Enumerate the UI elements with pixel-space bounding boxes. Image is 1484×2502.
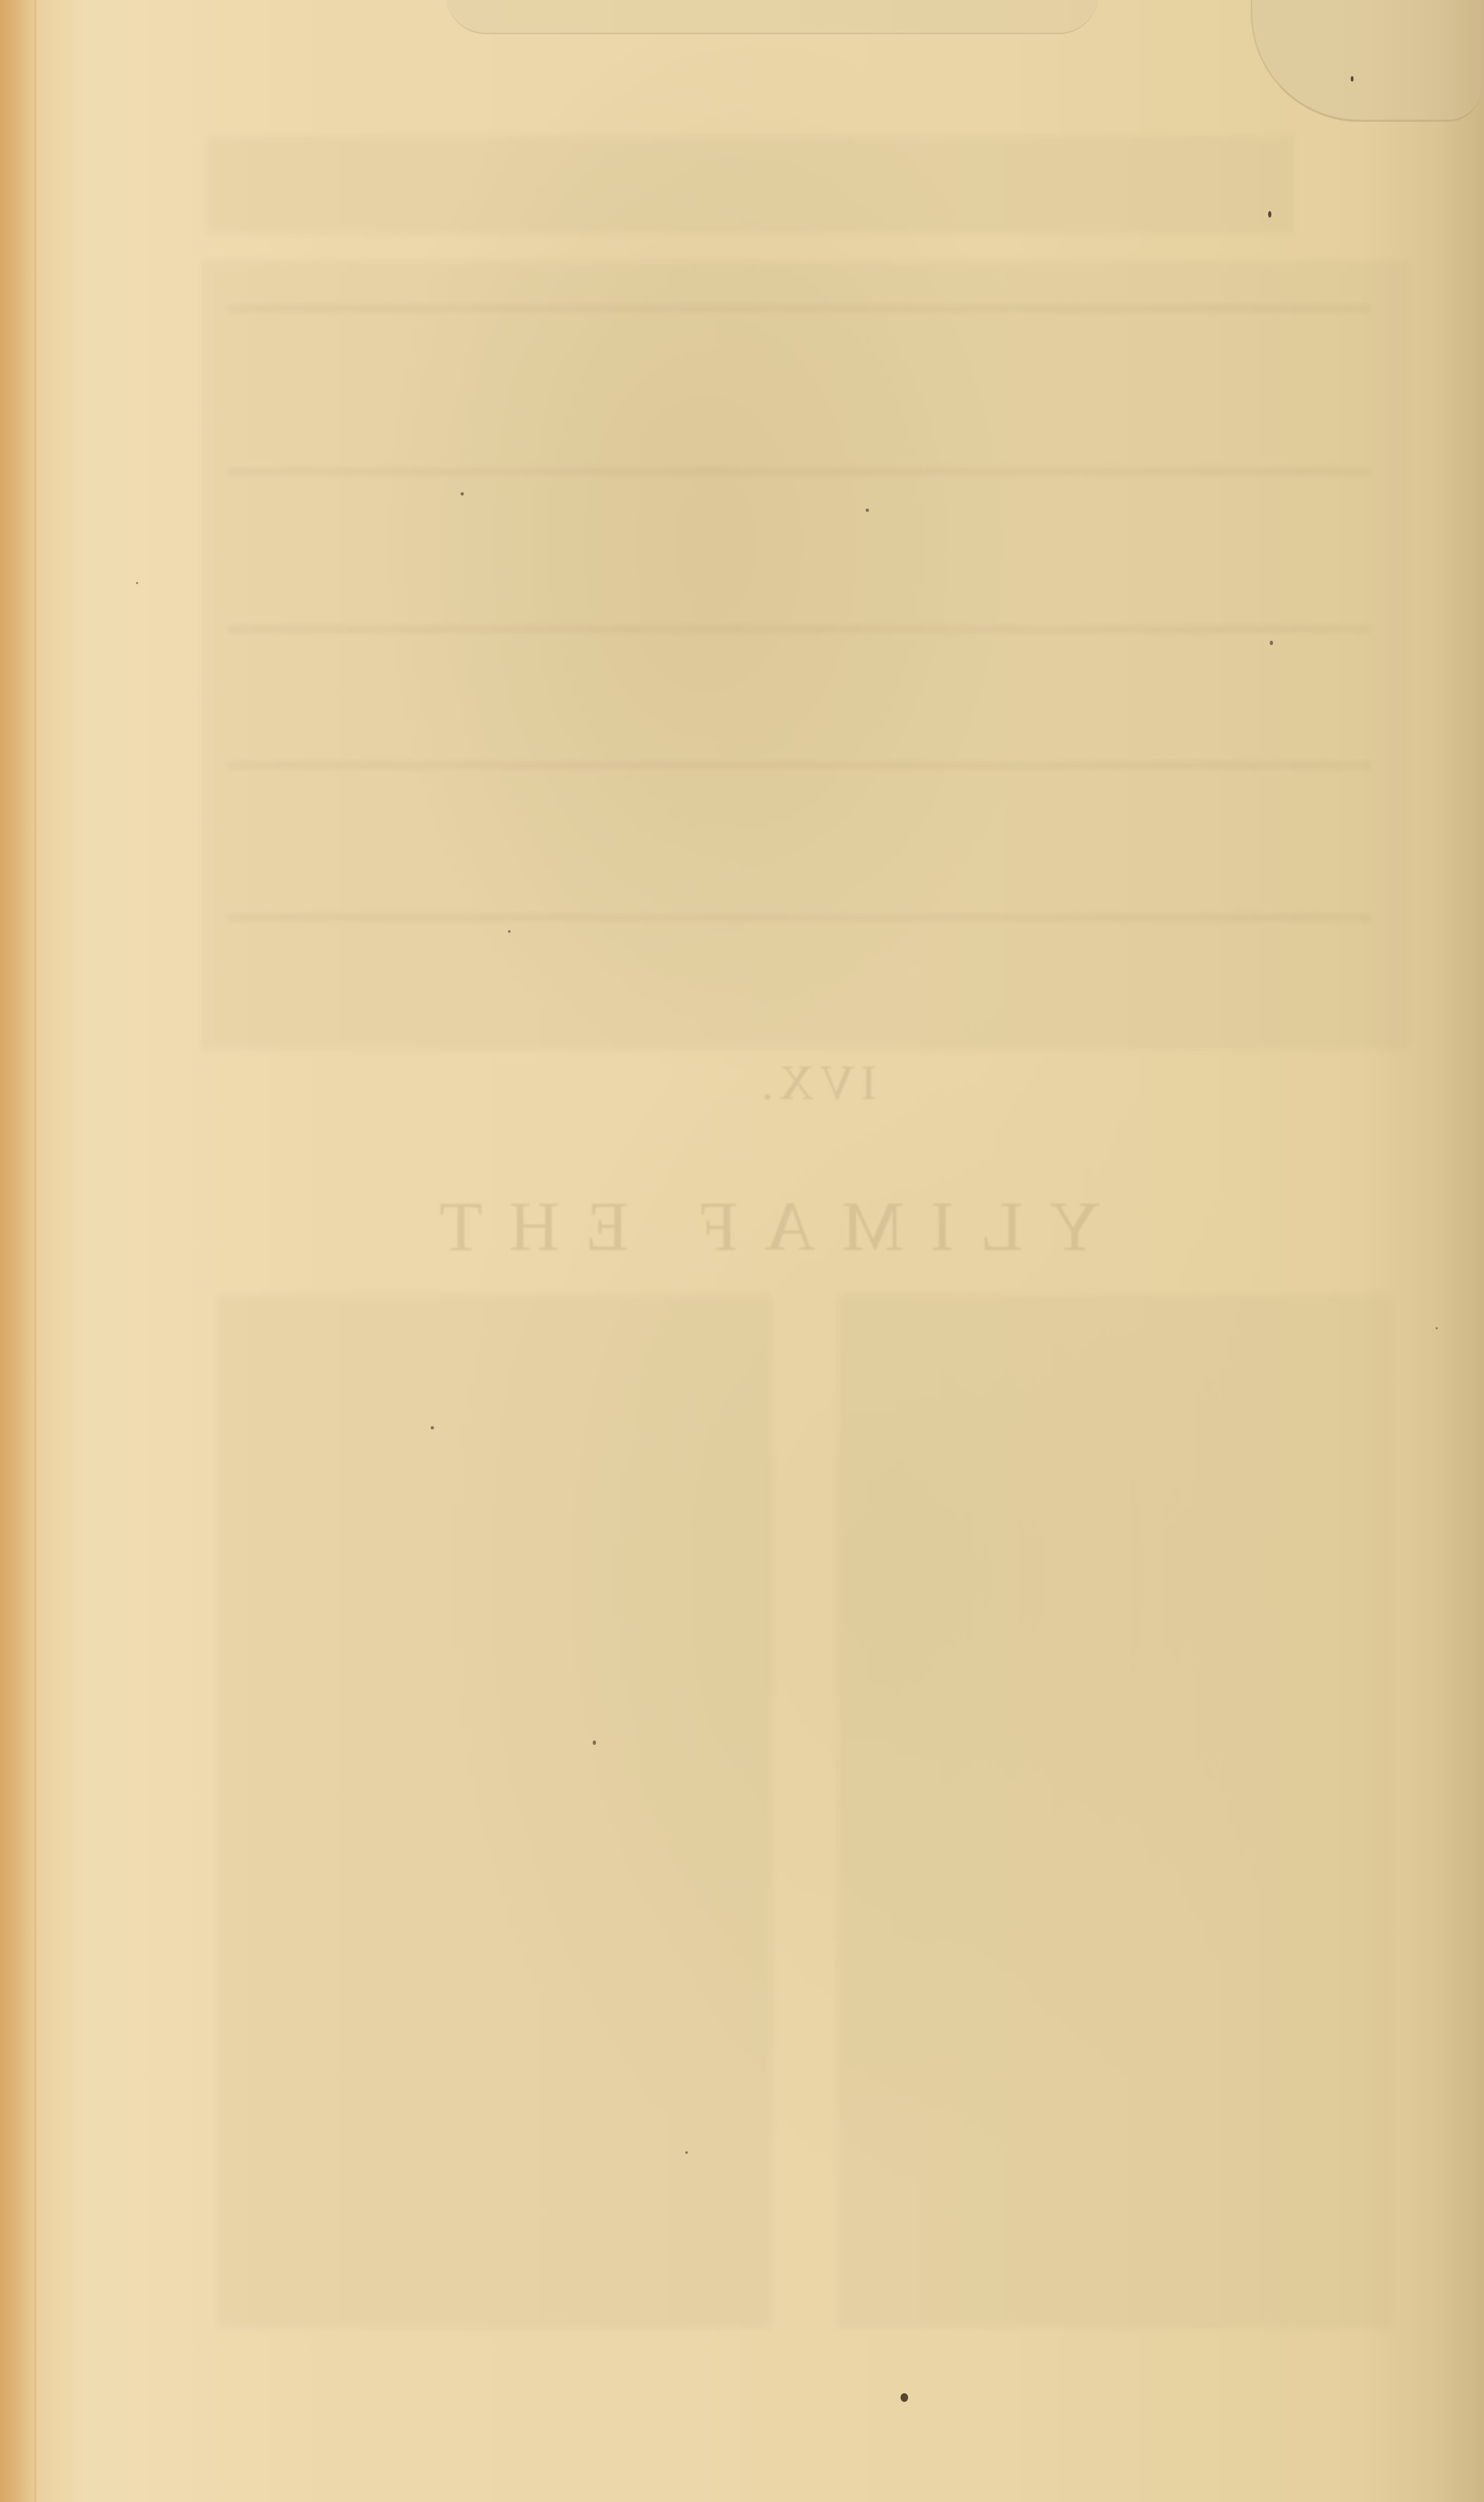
- foxing-spot: [1268, 211, 1271, 218]
- water-stain-top: [446, 0, 1098, 34]
- show-through-left-column: [218, 1295, 772, 2328]
- foxing-spot: [508, 930, 511, 933]
- show-through-line: [228, 761, 1370, 769]
- foxing-spot: [1351, 76, 1353, 82]
- foxing-spot: [901, 2393, 908, 2402]
- page-gutter: [34, 0, 37, 2502]
- foxing-spot: [685, 2151, 688, 2154]
- show-through-chapter-title: YLIMAF EHT: [413, 1186, 1101, 1267]
- foxing-spot: [431, 1426, 434, 1429]
- foxing-spot: [1270, 641, 1273, 645]
- show-through-line: [228, 914, 1370, 921]
- show-through-line: [228, 625, 1370, 633]
- show-through-header-block: [207, 136, 1294, 234]
- foxing-spot: [461, 492, 464, 496]
- show-through-line: [228, 468, 1370, 475]
- foxing-spot: [866, 509, 869, 512]
- book-page: IVX. YLIMAF EHT: [0, 0, 1484, 2502]
- show-through-chapter-numeral: IVX.: [756, 1055, 877, 1111]
- water-stain-top-right: [1251, 0, 1481, 122]
- foxing-spot: [593, 1741, 596, 1745]
- show-through-line: [228, 305, 1370, 312]
- show-through-table-block: [201, 261, 1408, 1050]
- foxing-spot: [136, 582, 138, 584]
- show-through-right-column: [837, 1295, 1392, 2328]
- foxing-spot: [1436, 1327, 1438, 1329]
